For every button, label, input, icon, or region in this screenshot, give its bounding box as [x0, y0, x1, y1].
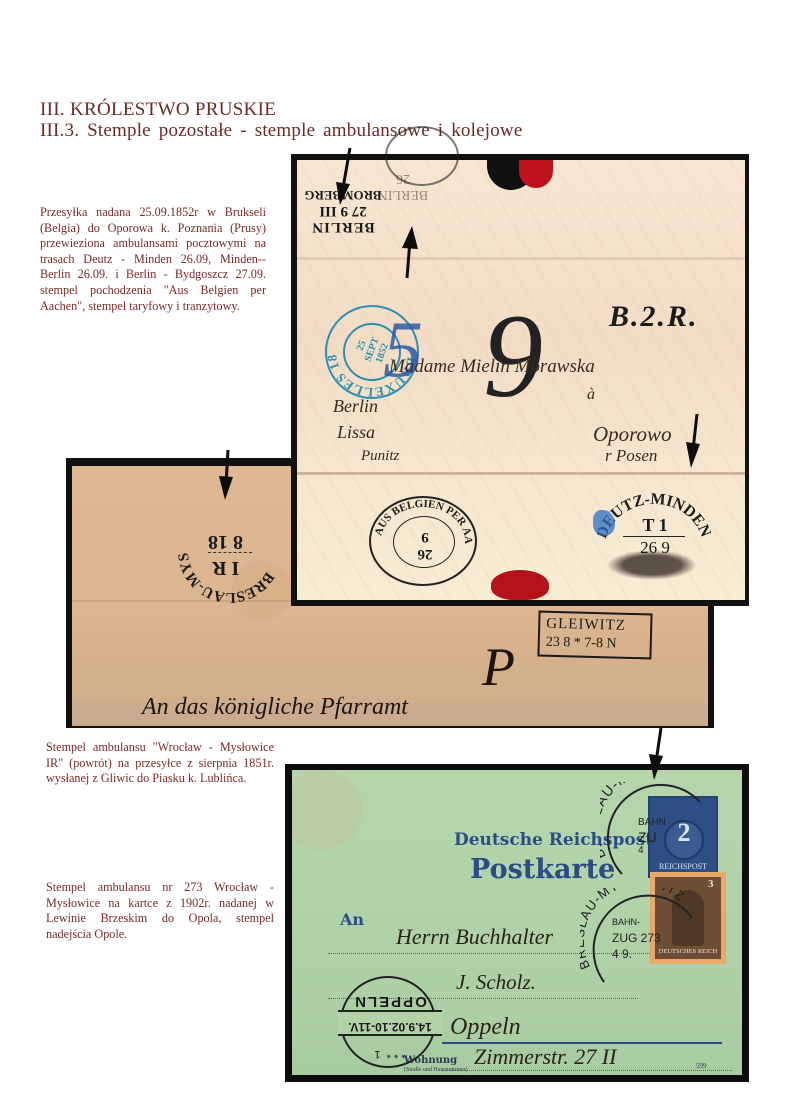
address-line-3: Oppeln — [450, 1014, 521, 1041]
wax-seal-bottom — [491, 570, 549, 600]
address-line-1: Madame Mielin Morawska — [389, 356, 595, 378]
address-line-1: Herrn Buchhalter — [396, 924, 553, 950]
routing-line-2: Lissa — [337, 422, 375, 443]
partial-round-stamp — [385, 126, 459, 186]
stamp-divider — [208, 552, 252, 554]
wax-seal-top — [519, 160, 553, 188]
berlin-26-line1: BERLIN — [363, 186, 443, 202]
breslau-myslowitz-date: 8 18 — [208, 530, 243, 553]
handwritten-flourish: P — [482, 636, 515, 698]
cover-bruxelles: BERLIN 27 9 III BROMBERG BERLIN 26 BRUXE… — [297, 160, 745, 600]
address-line-2: J. Scholz. — [456, 970, 536, 995]
aus-belgien-stamp: AUS BELGIEN PER AACHEN 26 9 — [367, 494, 477, 586]
address-line-2: à — [587, 386, 595, 404]
address-rule-4 — [442, 1070, 732, 1071]
form-number: 599 — [696, 1062, 707, 1070]
cancel-oppeln: 14.9.02.10-11V. OPPELN * * * 1 — [338, 974, 436, 1068]
blue-ink-blot — [593, 510, 615, 536]
gleiwitz-date: 23 8 * 7-8 N — [540, 635, 650, 654]
postcard: Deutsche Reichspost Postkarte An Herrn B… — [292, 770, 742, 1075]
cancel-breslau-top-lines: BAHN ZU 4 — [638, 816, 666, 858]
section-title: III. KRÓLESTWO PRUSKIE — [40, 99, 276, 121]
postcard-title: Postkarte — [470, 854, 615, 885]
blue-crayon-mark: 5 — [383, 310, 423, 390]
caption-gleiwitz-cover: Stempel ambulansu "Wrocław - Mysłowice I… — [46, 740, 274, 787]
address-line-4: r Posen — [605, 446, 657, 466]
handwritten-address: An das königliche Pfarramt — [142, 694, 408, 721]
an-label: An — [340, 910, 364, 929]
cancel-breslau-bottom: BRESLAU-MYSLOWITZ BAHN- ZUG 273 4 9. — [580, 888, 700, 988]
routing-line-3: Punitz — [361, 448, 399, 465]
caption-bruxelles-cover: Przesyłka nadana 25.09.1852r w Brukseli … — [40, 205, 266, 314]
address-line-3: Oporowo — [593, 422, 672, 447]
rate-mark: B.2.R. — [609, 300, 699, 334]
oppeln-town: OPPELN — [344, 993, 436, 1010]
deutz-minden-train: T 1 — [627, 516, 683, 534]
address-line-4: Zimmerstr. 27 II — [474, 1044, 616, 1070]
stamp-divider — [623, 536, 685, 537]
aus-belgien-date: 26 9 — [409, 528, 441, 562]
gleiwitz-box-stamp: GLEIWITZ 23 8 * 7-8 N — [537, 611, 652, 660]
deutz-minden-date: 26 9 — [627, 538, 683, 558]
cancel-breslau-top: BRESLAU-MYS BAHN ZU 4 — [600, 782, 710, 882]
deutz-minden-stamp: DEUTZ-MINDEN T 1 26 9 — [597, 490, 711, 590]
gleiwitz-town: GLEIWITZ — [540, 613, 651, 638]
breslau-myslowitz-time: I R — [212, 556, 239, 579]
caption-postcard: Stempel ambulansu nr 273 Wrocław - Mysło… — [46, 880, 274, 942]
breslau-myslowitz-stamp: BRESLAU-MYSLOWITZ 8 18 I R — [168, 496, 288, 606]
berlin-bromberg-line1: BERLIN — [303, 219, 383, 235]
cancel-breslau-bottom-lines: BAHN- ZUG 273 4 9. — [612, 914, 661, 962]
berlin-bromberg-line2: 27 9 III — [303, 203, 383, 219]
oppeln-marks: * * * 1 — [344, 1048, 436, 1060]
fold-line — [297, 472, 745, 475]
fold-line — [297, 257, 745, 260]
oppeln-date: 14.9.02.10-11V. — [340, 1020, 440, 1034]
routing-line-1: Berlin — [333, 396, 378, 417]
